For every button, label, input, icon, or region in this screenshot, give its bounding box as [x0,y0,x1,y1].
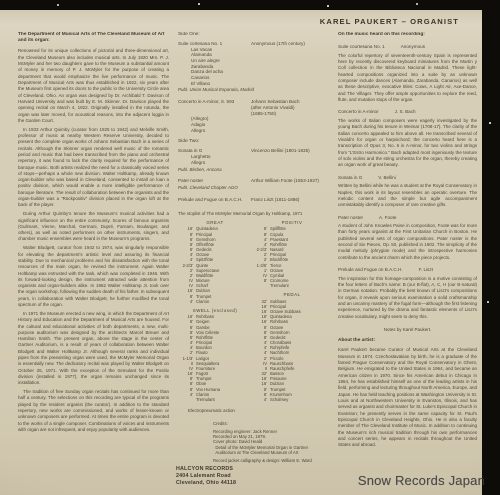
credit-line: Record jacket calligraphy & design: Will… [213,458,332,463]
dust-speck [327,5,329,7]
note-section: Pater noster A. Foote A student of John … [338,215,477,262]
right-column-heading: On the music heard on this recording: [338,32,477,38]
credits-block: Credits: Recording engineer: Jack Renner… [213,421,332,464]
record-label-block: HALCYON RECORDS 2404 Lalemant Road Cleve… [176,466,236,486]
work-title: Pater noster [178,178,251,184]
stop-row: Tremulant [178,397,252,402]
work-entry: Pater noster Arthur William Foote (1853-… [178,178,332,191]
record-label-address-line: Cleveland, Ohio 44118 [176,480,236,487]
note-head: Concerto in A-minor J. S. Bach [338,109,477,115]
paragraph: In 1971 the Museum erected a new wing, i… [18,311,169,387]
side-one-works: Suite cortesana No. 1 Anonymous (17th ce… [178,41,332,133]
jacket-top-edge [0,0,500,10]
stop-rows: 16' Quintadena 8' Principal 8' Gemshorn … [178,226,252,303]
note-composer: F. Liszt [419,267,433,273]
record-label-name: HALCYON RECORDS [176,466,236,473]
credit-lines: Recording engineer: Jack RennerRecorded … [213,429,332,464]
left-column-heading: The Department of Musical Arts of The Cl… [18,32,169,44]
work-title: Concerto in A-minor, S. 593 [178,99,251,116]
about-text: Karel Paukert became Curator of Musical … [338,347,477,449]
dust-speck [57,4,59,6]
dust-speck [198,3,200,5]
division-positiv: POSITIV 8' Spillflöte 8' Copula 4' Praes… [252,220,332,288]
record-label-address-line: 2404 Lalemant Road [176,473,236,480]
division-name: SWELL (enclosed) [178,308,252,313]
note-head: Prelude and Fugue on B.A.C.H. F. Liszt [338,267,477,273]
stop-pitch [178,397,196,402]
stop-row: 4' Schalmey [252,397,332,402]
division-great: GREAT 16' Quintadena 8' Principal 8' Gem… [178,220,252,304]
note-title: Prelude and Fugue on B.A.C.H. [338,267,403,273]
stop-rows: 32' Subbass 16' Principal 16' Octave Sub… [252,299,332,402]
work-entry: Suite cortesana No. 1 Anonymous (17th ce… [178,41,332,93]
liner-notes-column: On the music heard on this recording: Su… [338,32,477,492]
note-title: Pater noster [338,215,363,221]
stop-row: Tremulant [252,283,332,288]
paragraph: Renowned for its unique collections of p… [18,48,169,124]
note-section: Prelude and Fugue on B.A.C.H. F. Liszt T… [338,267,477,320]
division-name: POSITIV [252,220,332,225]
work-movements: Larghetto Allegro [191,154,332,165]
work-composer: Anonymous (17th century) [251,41,332,47]
work-publisher: Publ. Union Musical Espanola, Madrid [178,87,332,93]
work-entry: Sonata in G Vincenzo Bellini (1801-1835)… [178,148,332,172]
program-and-stoplist-column: Side One: Suite cortesana No. 1 Anonymou… [178,32,332,492]
department-history-column: The Department of Musical Arts of The Cl… [18,32,169,492]
note-section: Concerto in A-minor J. S. Bach The works… [338,109,477,168]
work-title: Suite cortesana No. 1 [178,41,251,47]
note-composer: A. Foote [379,215,396,221]
about-heading: About the artist: [338,338,477,344]
dust-speck [489,122,491,124]
note-text: A student of John Knowles Paine in compo… [338,223,477,261]
dust-speck [487,301,489,303]
album-title: KAREL PAUKERT – ORGANIST [320,17,459,26]
division-pedal: PEDAL 32' Subbass 16' Principal 16' Octa… [252,292,332,402]
paragraph: During Arthur Quimby's tenure the Museum… [18,211,169,243]
side-two-section: Side Two: Sonata in G Vincenzo Bellini (… [178,139,332,202]
side-two-label: Side Two: [178,139,332,145]
work-title: Sonata in G [178,148,251,154]
side-one-label: Side One: [178,32,332,38]
work-movements: Las Vacas Alamanda Un aire alegre Zaraba… [191,47,332,87]
side-two-works: Sonata in G Vincenzo Bellini (1801-1835)… [178,148,332,202]
note-composer: V. Bellini [378,175,395,181]
left-column-paragraphs: Renowned for its unique collections of p… [18,48,169,433]
stoplist-left-column: GREAT 16' Quintadena 8' Principal 8' Gem… [178,220,252,406]
stop-pitch [252,283,270,288]
note-title: Concerto in A-minor [338,109,379,115]
work-entry: Concerto in A-minor, S. 593 Johann Sebas… [178,99,332,133]
note-head: Suite courtesana No. 1 Anonymous [338,44,477,50]
work-publisher: Publ. Cleveland Chapter AGO [178,185,332,191]
stoplist: GREAT 16' Quintadena 8' Principal 8' Gem… [178,220,332,406]
work-entry: Prelude and Fugue on B.A.C.H. Franz Lisz… [178,197,332,203]
watermark: Snow Records Japan [358,473,485,488]
division-swell: SWELL (enclosed) 16' Rohrbass 8' Geigen … [178,308,252,402]
paragraph: The tradition of free Sunday organ recit… [18,389,169,433]
division-name: PEDAL [252,292,332,297]
organ-action-note: Electropneumatic action [188,408,332,413]
work-publisher: Publ. Bèrben, Ancona [178,167,332,173]
note-head: Sonata in G V. Bellini [338,175,477,181]
note-sections: Suite courtesana No. 1 Anonymous The col… [338,44,477,320]
note-title: Suite courtesana No. 1 [338,44,385,50]
paragraph: Walter Blodgett, curator from 1942 to 19… [18,245,169,308]
note-composer: Anonymous [401,44,425,50]
notes-byline: Notes by Karel Paukert. [338,327,477,332]
credits-heading: Credits: [213,421,332,426]
album-back-cover: KAREL PAUKERT – ORGANIST The Department … [0,0,500,495]
stop-pitch: 4' [178,299,196,304]
work-head: Concerto in A-minor, S. 593 Johann Sebas… [178,99,332,116]
note-text: The colorful repertory of seventeenth-ce… [338,53,477,104]
jacket-right-edge [482,0,500,495]
work-composer: Arthur William Foote (1853-1937) [251,178,332,184]
work-composer: Johann Sebastian Bach (after Antonio Viv… [251,99,332,116]
paragraph: In 1933 Arthur Quimby (curator from 1925… [18,127,169,209]
note-text: Written by Bellini while he was a studen… [338,183,477,208]
note-section: Suite courtesana No. 1 Anonymous The col… [338,44,477,103]
work-head: Suite cortesana No. 1 Anonymous (17th ce… [178,41,332,47]
stop-name: Tremulant [270,283,289,288]
division-name: GREAT [178,220,252,225]
note-head: Pater noster A. Foote [338,215,477,221]
work-head: Prelude and Fugue on B.A.C.H. Franz Lisz… [178,197,332,203]
work-head: Pater noster Arthur William Foote (1853-… [178,178,332,184]
stop-row: 4' Clarion [178,299,252,304]
dust-speck [416,3,418,5]
note-text: The works of Italian composers were eage… [338,118,477,169]
note-composer: J. S. Bach [395,109,416,115]
note-text: The inspiration for this homage-composit… [338,276,477,320]
work-movements: (Allegro) Adagio Allegro [191,116,332,133]
stop-name: Clarion [196,299,209,304]
work-title: Prelude and Fugue on B.A.C.H. [178,197,251,203]
credit-line: Auditorium at The Cleveland Museum of Ar… [213,450,332,455]
note-section: Sonata in G V. Bellini Written by Bellin… [338,175,477,209]
note-title: Sonata in G [338,175,362,181]
stoplist-right-column: POSITIV 8' Spillflöte 8' Copula 4' Praes… [252,220,332,406]
stoplist-heading: The stoplist of The McMyler Memorial Org… [178,211,332,216]
stop-rows: 16' Rohrbass 8' Geigen 8' Gambe 8' Voix … [178,314,252,402]
stop-rows: 8' Spillflöte 8' Copula 4' Praestant 4' … [252,226,332,288]
stop-name: Schalmey [270,397,288,402]
stop-name: Tremulant [196,397,215,402]
stop-pitch: 4' [252,397,270,402]
work-composer: Vincenzo Bellini (1801-1835) [251,148,332,154]
work-composer: Franz Liszt (1811-1886) [251,197,332,203]
